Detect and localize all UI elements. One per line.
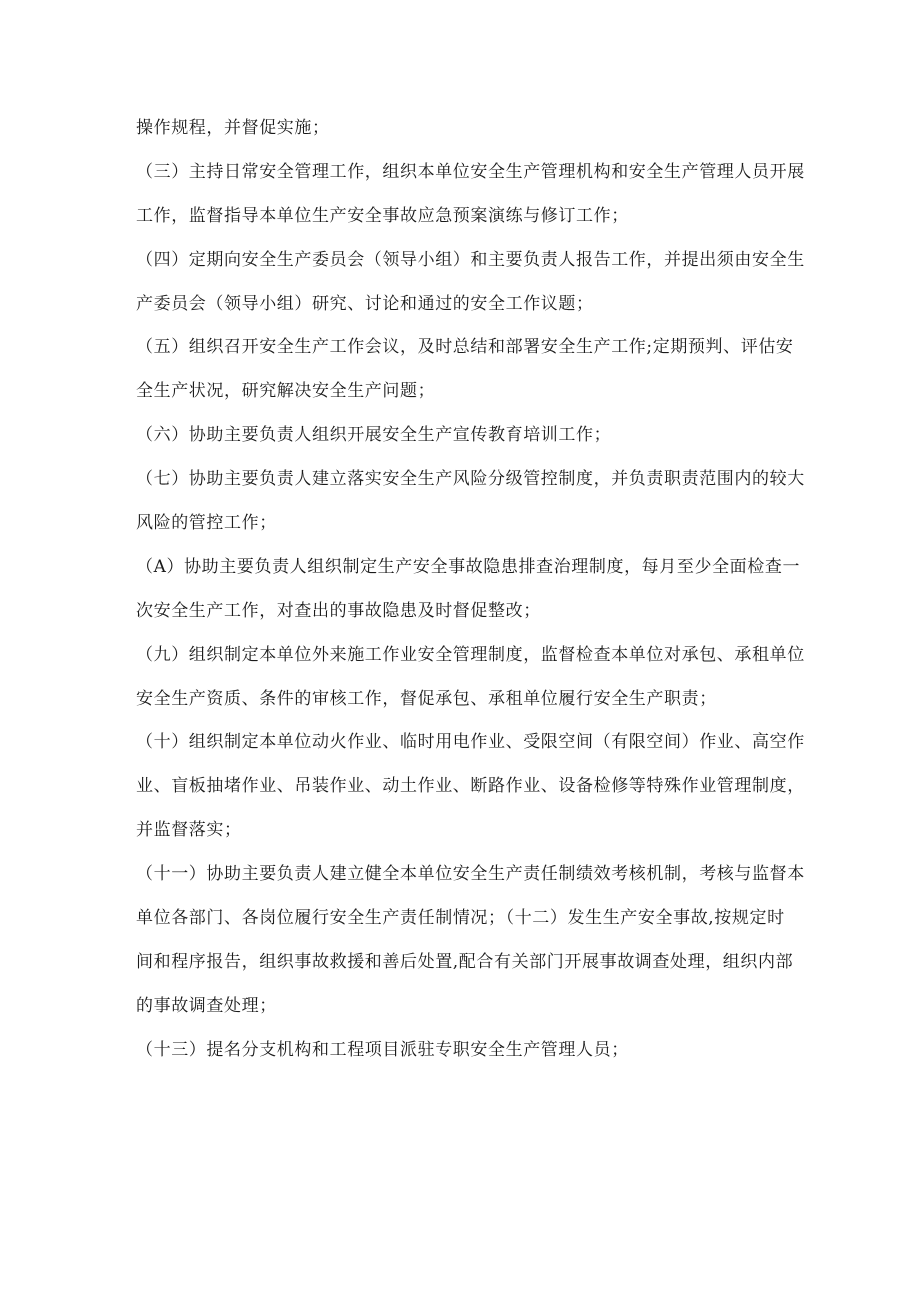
text-line: 安全生产资质、条件的审核工作，督促承包、承租单位履行安全生产职责； <box>136 687 796 731</box>
text-line: （七）协助主要负责人建立落实安全生产风险分级管控制度，并负责职责范围内的较大 <box>136 467 796 511</box>
text-line: （四）定期向安全生产委员会（领导小组）和主要负责人报告工作，并提出须由安全生 <box>136 248 796 292</box>
document-page: 操作规程，并督促实施； （三）主持日常安全管理工作，组织本单位安全生产管理机构和… <box>0 0 920 1301</box>
text-line: （六）协助主要负责人组织开展安全生产宣传教育培训工作； <box>136 423 796 467</box>
text-line: （十）组织制定本单位动火作业、临时用电作业、受限空间（有限空间）作业、高空作 <box>136 730 796 774</box>
text-line: （九）组织制定本单位外来施工作业安全管理制度，监督检查本单位对承包、承租单位 <box>136 643 796 687</box>
text-line: （五）组织召开安全生产工作会议，及时总结和部署安全生产工作;定期预判、评估安 <box>136 335 796 379</box>
text-line: （A）协助主要负责人组织制定生产安全事故隐患排查治理制度，每月至少全面检查一 <box>136 555 796 599</box>
text-line: 全生产状况，研究解决安全生产问题； <box>136 379 796 423</box>
text-line: 单位各部门、各岗位履行安全生产责任制情况；（十二）发生生产安全事故,按规定时 <box>136 906 796 950</box>
text-line: 间和程序报告，组织事故救援和善后处置,配合有关部门开展事故调查处理，组织内部 <box>136 950 796 994</box>
text-line: 的事故调查处理； <box>136 994 796 1038</box>
text-line: （三）主持日常安全管理工作，组织本单位安全生产管理机构和安全生产管理人员开展 <box>136 160 796 204</box>
document-body: 操作规程，并督促实施； （三）主持日常安全管理工作，组织本单位安全生产管理机构和… <box>136 116 796 1082</box>
text-line: 并监督落实； <box>136 818 796 862</box>
text-line: 次安全生产工作，对查出的事故隐患及时督促整改； <box>136 599 796 643</box>
text-line: 操作规程，并督促实施； <box>136 116 796 160</box>
text-line: 业、盲板抽堵作业、吊装作业、动土作业、断路作业、设备检修等特殊作业管理制度， <box>136 774 796 818</box>
text-line: 产委员会（领导小组）研究、讨论和通过的安全工作议题； <box>136 292 796 336</box>
text-line: （十一）协助主要负责人建立健全本单位安全生产责任制绩效考核机制，考核与监督本 <box>136 862 796 906</box>
text-line: 风险的管控工作； <box>136 511 796 555</box>
text-line: 工作，监督指导本单位生产安全事故应急预案演练与修订工作； <box>136 204 796 248</box>
text-line: （十三）提名分支机构和工程项目派驻专职安全生产管理人员； <box>136 1038 796 1082</box>
